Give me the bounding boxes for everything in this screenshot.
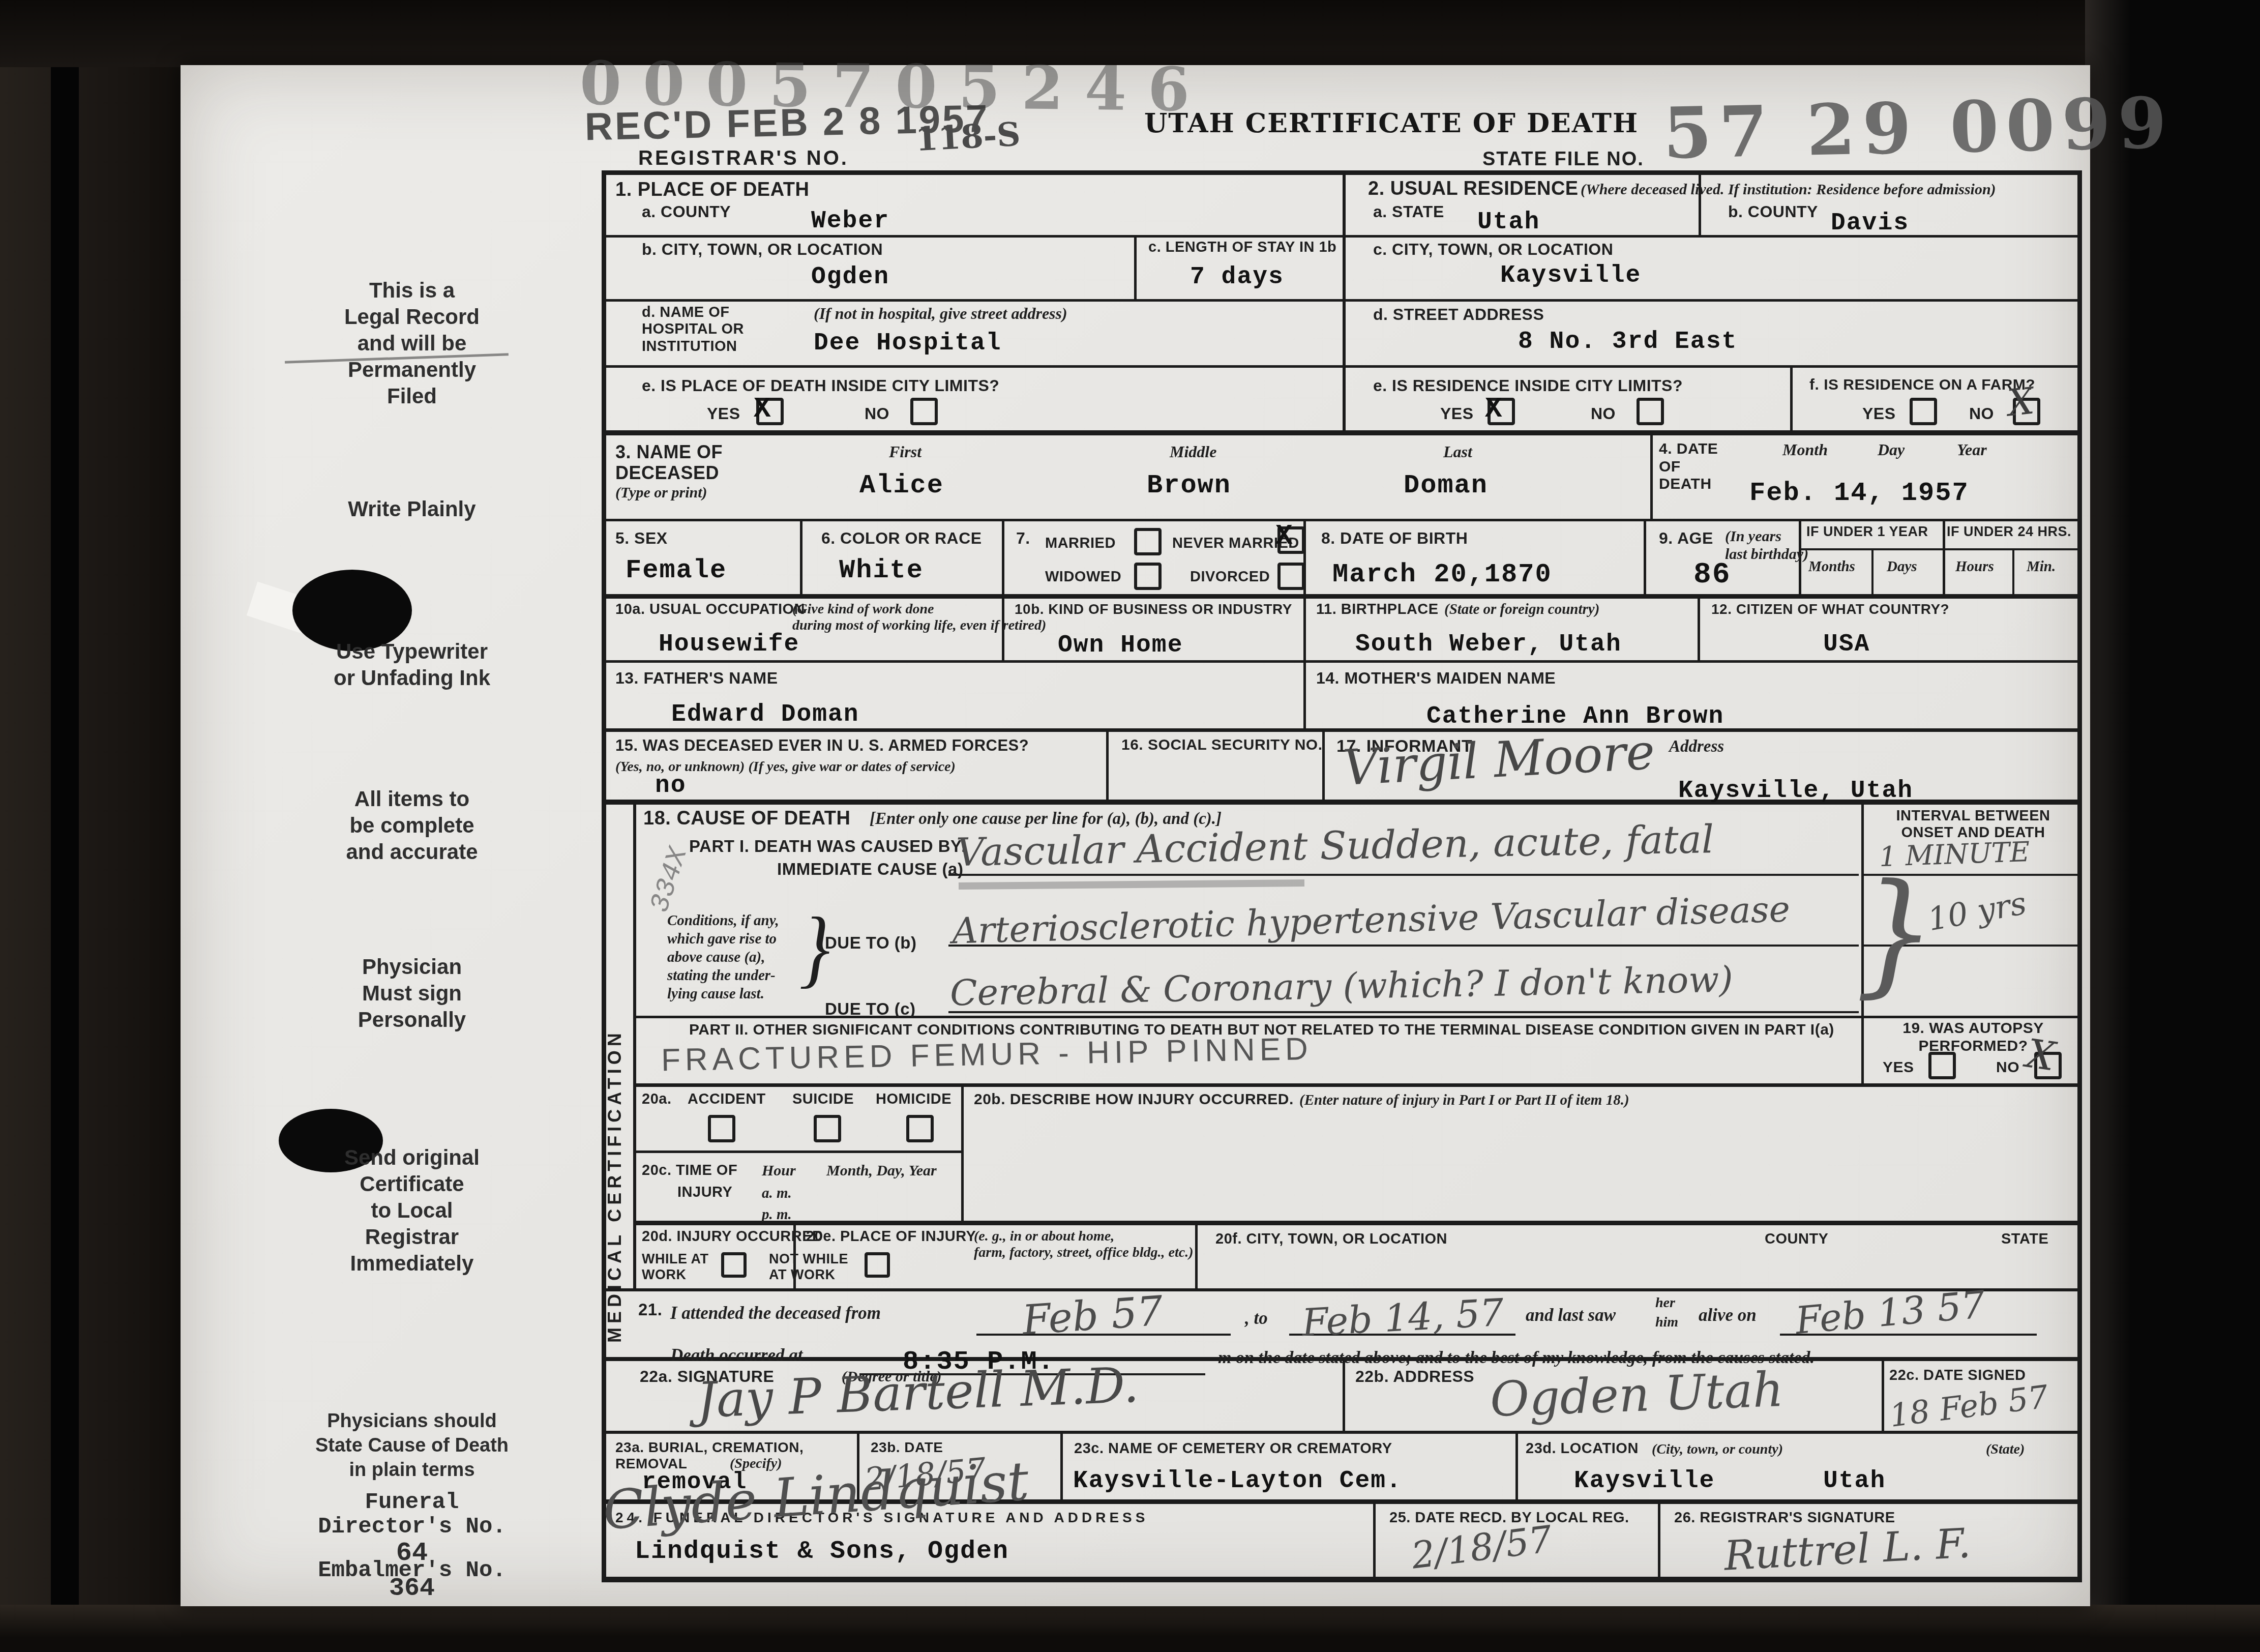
s1-length-of-stay-label: c. LENGTH OF STAY IN 1b xyxy=(1148,239,1336,256)
s7-widowed-checkbox xyxy=(1134,563,1162,590)
scan-background-left xyxy=(0,0,183,1652)
s1-city-limits-yes-label: YES xyxy=(707,404,740,423)
s20c-pm-label: p. m. xyxy=(762,1206,792,1223)
s21-last-saw-text: and last saw xyxy=(1526,1305,1616,1325)
s2-street-value: 8 No. 3rd East xyxy=(1518,328,1737,356)
s7-married-checkbox xyxy=(1134,528,1162,555)
s10b-label: 10b. KIND OF BUSINESS OR INDUSTRY xyxy=(1015,601,1292,617)
s17-address-header: Address xyxy=(1669,737,1724,757)
s4-day-header: Day xyxy=(1878,440,1905,459)
margin-legal-record: This is a Legal Record and will be Perma… xyxy=(264,277,559,409)
registrar-no-label: REGISTRAR'S NO. xyxy=(638,146,849,170)
s3-middle-value: Brown xyxy=(1147,470,1231,500)
s18-conditions-hint: Conditions, if any, which gave rise to a… xyxy=(667,911,779,1003)
s18-part1-label: PART I. DEATH WAS CAUSED BY: xyxy=(689,837,967,856)
s20c-mdy-header: Month, Day, Year xyxy=(826,1162,937,1180)
s21-num: 21. xyxy=(638,1300,662,1319)
s21-from-date-hand: Feb 57 xyxy=(1021,1287,1165,1344)
s2-state-label: a. STATE xyxy=(1373,202,1444,221)
s20c-hour-header: Hour xyxy=(762,1162,796,1180)
s8-value: March 20,1870 xyxy=(1332,559,1552,589)
s2-county-label: b. COUNTY xyxy=(1728,202,1818,221)
s1-title: 1. PLACE OF DEATH xyxy=(615,179,810,201)
s1-city-limits-yes-x: X xyxy=(754,393,772,425)
s20a-accident-label: ACCIDENT xyxy=(688,1091,766,1108)
s7-never-married-x: X xyxy=(1275,520,1294,552)
s1-hospital-value: Dee Hospital xyxy=(814,330,1002,357)
s12-label: 12. CITIZEN OF WHAT COUNTRY? xyxy=(1711,601,1949,617)
s23b-label: 23b. DATE xyxy=(871,1439,943,1456)
s9-days-header: Days xyxy=(1887,558,1917,575)
s23c-label: 23c. NAME OF CEMETERY OR CREMATORY xyxy=(1074,1440,1392,1457)
s20f-label: 20f. CITY, TOWN, OR LOCATION xyxy=(1215,1231,1447,1248)
margin-physician-sign: Physician Must sign Personally xyxy=(264,954,559,1033)
s11-label: 11. BIRTHPLACE xyxy=(1316,601,1439,618)
s20f-state-header: STATE xyxy=(2001,1231,2048,1248)
scanned-death-certificate: 0005705246 REC'D FEB 2 8 1957 REGISTRAR'… xyxy=(0,0,2260,1652)
s2-city-limits-yes-x: X xyxy=(1485,393,1503,425)
scan-background-bottom xyxy=(0,1605,2260,1652)
s18-title: 18. CAUSE OF DEATH xyxy=(643,808,850,830)
s9-min-header: Min. xyxy=(2027,558,2056,575)
s20c-label-2: INJURY xyxy=(677,1184,732,1201)
s11-value: South Weber, Utah xyxy=(1355,631,1622,658)
margin-write-plainly: Write Plainly xyxy=(264,496,559,522)
s2-title: 2. USUAL RESIDENCE xyxy=(1368,178,1579,200)
s20f-county-header: COUNTY xyxy=(1765,1231,1828,1248)
s20e-hint: (e. g., in or about home, farm, factory,… xyxy=(974,1228,1194,1261)
s1-county-label: a. COUNTY xyxy=(642,202,731,221)
scan-background-left-line xyxy=(51,0,79,1652)
s20d-not-while-checkbox xyxy=(865,1252,890,1278)
s4-month-header: Month xyxy=(1782,440,1828,459)
s5-value: Female xyxy=(626,555,727,585)
margin-embalmers-no-value: 364 xyxy=(264,1576,559,1602)
s2-city-limits-label: e. IS RESIDENCE INSIDE CITY LIMITS? xyxy=(1373,376,1683,395)
s1-city-value: Ogden xyxy=(811,263,889,291)
s23d-state-hint: (State) xyxy=(1986,1441,2025,1458)
s19-no-x: X xyxy=(2024,1031,2058,1080)
s9-under-24-hrs-label: IF UNDER 24 HRS. xyxy=(1947,524,2071,540)
s15-label: 15. WAS DECEASED EVER IN U. S. ARMED FOR… xyxy=(615,736,1029,755)
s24-funeral-home-typed: Lindquist & Sons, Ogden xyxy=(635,1537,1009,1566)
s2-title-hint: (Where deceased lived. If institution: R… xyxy=(1581,181,1996,199)
s26-label: 26. REGISTRAR'S SIGNATURE xyxy=(1674,1510,1895,1526)
s1-city-label: b. CITY, TOWN, OR LOCATION xyxy=(642,240,883,259)
s2-city-limits-no-checkbox xyxy=(1637,398,1664,425)
s21-attended-text: I attended the deceased from xyxy=(670,1303,881,1323)
s2-county-value: Davis xyxy=(1831,210,1909,237)
s3-first-value: Alice xyxy=(859,470,944,500)
s1-city-limits-label: e. IS PLACE OF DEATH INSIDE CITY LIMITS? xyxy=(642,376,999,395)
s10a-hint: (Give kind of work done during most of w… xyxy=(792,601,1046,634)
s10b-value: Own Home xyxy=(1058,632,1183,659)
s18-immediate-cause-label: IMMEDIATE CAUSE (a) xyxy=(777,860,963,879)
s2-city-value: Kaysville xyxy=(1500,262,1641,289)
s16-label: 16. SOCIAL SECURITY NO. xyxy=(1121,736,1322,754)
s22c-label: 22c. DATE SIGNED xyxy=(1889,1367,2026,1384)
s23d-city-value: Kaysville xyxy=(1574,1467,1715,1495)
s2-street-label: d. STREET ADDRESS xyxy=(1373,305,1544,324)
s22b-label: 22b. ADDRESS xyxy=(1355,1367,1474,1386)
s2-farm-no-x: X xyxy=(2006,379,2036,425)
s23d-label: 23d. LOCATION xyxy=(1526,1440,1639,1457)
s2-farm-label: f. IS RESIDENCE ON A FARM? xyxy=(1809,376,2035,394)
s3-label: 3. NAME OF DECEASED xyxy=(615,441,723,484)
margin-use-typewriter: Use Typewriter or Unfading Ink xyxy=(264,638,559,691)
s3-first-header: First xyxy=(889,442,921,461)
s9-under-1-year-label: IF UNDER 1 YEAR xyxy=(1806,524,1928,540)
s1-county-value: Weber xyxy=(811,208,889,235)
registrar-no-value: 118-S xyxy=(914,115,1021,159)
s9-hint: (In years last birthday) xyxy=(1725,528,1808,563)
s18-due-to-c-label: DUE TO (c) xyxy=(825,999,916,1019)
s10a-label: 10a. USUAL OCCUPATION xyxy=(615,601,805,618)
s20a-suicide-checkbox xyxy=(814,1115,841,1142)
s3-last-value: Doman xyxy=(1404,470,1488,500)
s1-city-limits-no-checkbox xyxy=(910,398,938,425)
s23c-value: Kaysville-Layton Cem. xyxy=(1073,1467,1402,1495)
margin-funeral-directors-no-label: Funeral Director's No. xyxy=(264,1490,559,1539)
state-file-no-label: STATE FILE NO. xyxy=(1482,149,1644,171)
s8-label: 8. DATE OF BIRTH xyxy=(1321,529,1468,548)
s13-value: Edward Doman xyxy=(671,701,859,728)
s20d-while-at-work-checkbox xyxy=(721,1252,747,1278)
s6-value: White xyxy=(839,555,924,585)
s6-label: 6. COLOR OR RACE xyxy=(821,529,982,548)
s1-hospital-hint: (If not in hospital, give street address… xyxy=(814,304,1067,323)
s20b-hint: (Enter nature of injury in Part I or Par… xyxy=(1299,1092,1629,1109)
s10a-value: Housewife xyxy=(659,631,799,658)
s13-label: 13. FATHER'S NAME xyxy=(615,669,778,688)
s7-num: 7. xyxy=(1016,529,1030,548)
s23d-city-hint: (City, town, or county) xyxy=(1652,1441,1783,1458)
s21-death-occurred-text: Death occurred at xyxy=(670,1345,803,1366)
s2-city-limits-no-label: NO xyxy=(1591,404,1616,423)
s1-hospital-label: d. NAME OF HOSPITAL OR INSTITUTION xyxy=(642,304,744,355)
s20e-label: 20e. PLACE OF INJURY xyxy=(806,1228,976,1245)
s4-year-header: Year xyxy=(1957,440,1987,459)
s20d-not-while-label: NOT WHILE AT WORK xyxy=(769,1251,848,1283)
s19-no-label: NO xyxy=(1996,1059,2019,1077)
s20c-am-label: a. m. xyxy=(762,1185,792,1202)
s21-her-text: her xyxy=(1655,1295,1675,1311)
s11-hint: (State or foreign country) xyxy=(1444,601,1599,618)
s4-label: 4. DATE OF DEATH xyxy=(1659,440,1718,493)
s2-state-value: Utah xyxy=(1477,209,1540,236)
s20c-label-1: 20c. TIME OF xyxy=(642,1162,737,1179)
s23d-state-value: Utah xyxy=(1823,1467,1886,1495)
s2-city-label: c. CITY, TOWN, OR LOCATION xyxy=(1373,240,1613,259)
s20a-homicide-checkbox xyxy=(906,1115,934,1142)
s9-label: 9. AGE xyxy=(1659,529,1713,548)
s18-handwritten-brace: } xyxy=(1855,855,1936,1011)
s20d-while-at-work-label: WHILE AT WORK xyxy=(642,1251,708,1283)
s2-farm-yes-checkbox xyxy=(1910,398,1937,425)
s15-value: no xyxy=(655,772,687,800)
s9-age-value: 86 xyxy=(1693,558,1731,592)
s2-farm-yes-label: YES xyxy=(1862,404,1896,423)
s19-yes-label: YES xyxy=(1883,1059,1914,1077)
s20a-accident-checkbox xyxy=(708,1115,735,1142)
s9-hours-header: Hours xyxy=(1955,558,1994,575)
s4-date-of-death-value: Feb. 14, 1957 xyxy=(1749,478,1969,508)
s22b-address-hand: Ogden Utah xyxy=(1489,1362,1784,1428)
margin-all-items: All items to be complete and accurate xyxy=(264,786,559,865)
s12-value: USA xyxy=(1823,631,1870,658)
s7-widowed-label: WIDOWED xyxy=(1045,569,1121,585)
margin-send-original: Send original Certificate to Local Regis… xyxy=(264,1144,559,1277)
s21-to-text: , to xyxy=(1245,1308,1268,1329)
s14-label: 14. MOTHER'S MAIDEN NAME xyxy=(1316,669,1556,688)
s3-hint: (Type or print) xyxy=(615,484,707,502)
s7-married-label: MARRIED xyxy=(1045,535,1116,552)
s1-city-limits-no-label: NO xyxy=(865,404,889,423)
s1-length-of-stay-value: 7 days xyxy=(1190,263,1284,291)
s21-him-text: him xyxy=(1655,1314,1678,1331)
s20d-label: 20d. INJURY OCCURRED xyxy=(642,1228,823,1245)
s20b-label: 20b. DESCRIBE HOW INJURY OCCURRED. xyxy=(974,1091,1294,1109)
medical-certification-vertical-label: MEDICAL CERTIFICATION xyxy=(604,834,626,1343)
s14-value: Catherine Ann Brown xyxy=(1426,703,1724,730)
s18-interval-label: INTERVAL BETWEEN ONSET AND DEATH xyxy=(1871,808,2075,842)
s7-divorced-label: DIVORCED xyxy=(1190,569,1270,585)
s20a-num: 20a. xyxy=(642,1091,671,1108)
certificate-title: UTAH CERTIFICATE OF DEATH xyxy=(1144,108,1639,139)
s18-due-to-b-label: DUE TO (b) xyxy=(825,933,916,953)
s9-months-header: Months xyxy=(1808,558,1855,575)
margin-plain-terms: Physicians should State Cause of Death i… xyxy=(264,1409,559,1482)
s20a-homicide-label: HOMICIDE xyxy=(876,1091,951,1108)
s2-city-limits-yes-label: YES xyxy=(1440,404,1474,423)
s21-alive-on-text: alive on xyxy=(1699,1305,1757,1325)
s7-divorced-checkbox xyxy=(1277,563,1305,590)
s3-middle-header: Middle xyxy=(1170,442,1216,461)
s2-farm-no-label: NO xyxy=(1969,404,1994,423)
s20a-suicide-label: SUICIDE xyxy=(792,1091,854,1108)
state-file-no-value: 57 29 0099 xyxy=(1662,81,2174,175)
s5-label: 5. SEX xyxy=(615,529,668,548)
s19-yes-checkbox xyxy=(1928,1052,1956,1079)
s3-last-header: Last xyxy=(1443,442,1472,461)
scan-background-right xyxy=(2085,0,2260,1652)
s17-address-value: Kaysville, Utah xyxy=(1678,777,1913,805)
